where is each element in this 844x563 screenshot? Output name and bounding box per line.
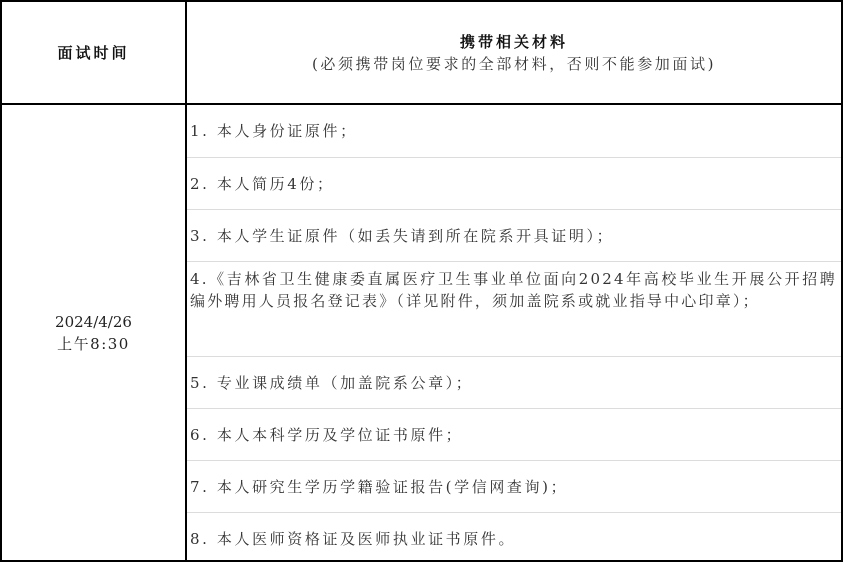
interview-materials-table: 面试时间 携带相关材料 (必须携带岗位要求的全部材料，否则不能参加面试) 202… xyxy=(0,0,843,562)
material-item-8: 8. 本人医师资格证及医师执业证书原件。 xyxy=(187,513,841,563)
interview-time: 上午8:30 xyxy=(57,333,130,355)
interview-date: 2024/4/26 xyxy=(55,311,132,333)
material-item-5: 5. 专业课成绩单（加盖院系公章）； xyxy=(187,357,841,409)
material-item-6: 6. 本人本科学历及学位证书原件； xyxy=(187,409,841,461)
header-interview-time: 面试时间 xyxy=(2,2,185,103)
materials-subtitle: (必须携带岗位要求的全部材料，否则不能参加面试) xyxy=(312,53,716,75)
header-materials: 携带相关材料 (必须携带岗位要求的全部材料，否则不能参加面试) xyxy=(187,2,841,103)
material-item-4: 4.《吉林省卫生健康委直属医疗卫生事业单位面向2024年高校毕业生开展公开招聘编… xyxy=(187,262,841,357)
material-item-2: 2. 本人简历4份； xyxy=(187,158,841,210)
interview-time-cell: 2024/4/26 上午8:30 xyxy=(2,105,185,560)
materials-title: 携带相关材料 xyxy=(460,31,568,53)
material-item-1: 1. 本人身份证原件； xyxy=(187,105,841,158)
materials-list: 1. 本人身份证原件； 2. 本人简历4份； 3. 本人学生证原件（如丢失请到所… xyxy=(187,105,841,560)
material-item-3: 3. 本人学生证原件（如丢失请到所在院系开具证明）； xyxy=(187,210,841,262)
material-item-7: 7. 本人研究生学历学籍验证报告(学信网查询)； xyxy=(187,461,841,513)
